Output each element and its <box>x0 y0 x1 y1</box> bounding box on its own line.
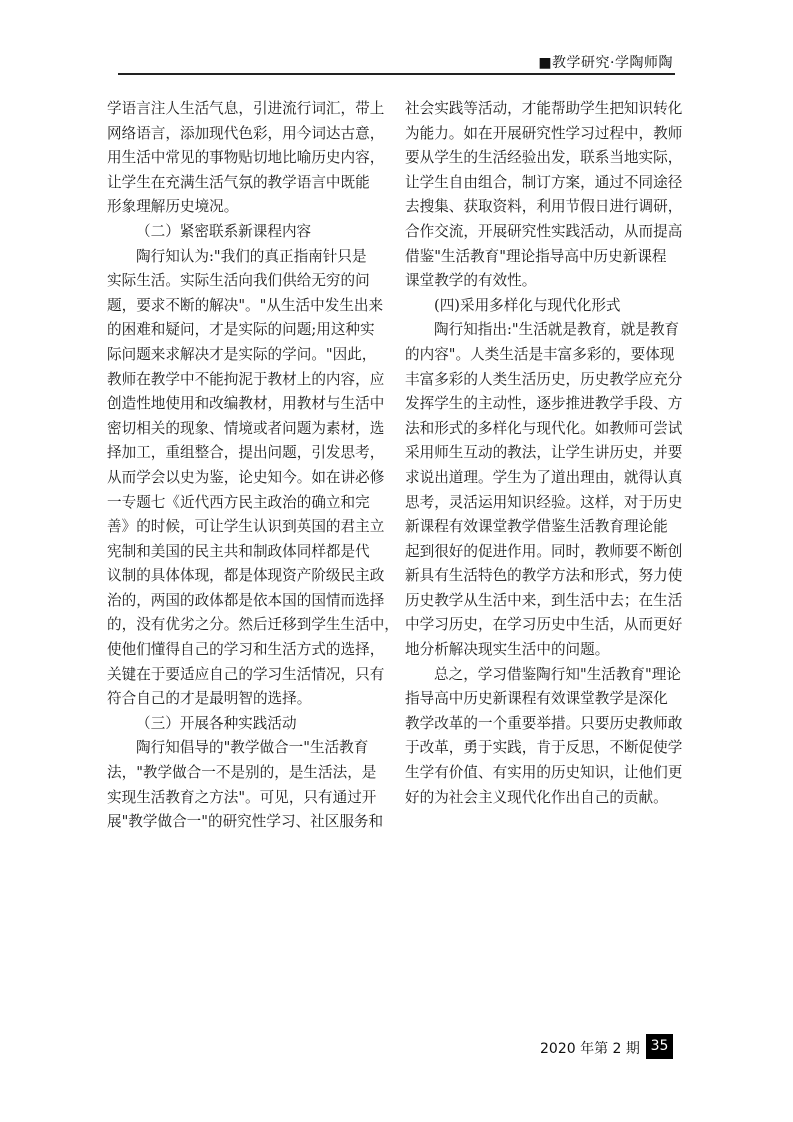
text-line: 总之，学习借鉴陶行知"生活教育"理论 <box>405 663 703 688</box>
text-line: 课堂教学的有效性。 <box>405 269 703 294</box>
text-line: 法，"教学做合一不是别的，是生活法，是 <box>107 761 405 786</box>
text-line: 中学习历史，在学习历史中生活，从而更好 <box>405 613 703 638</box>
text-line: 借鉴"生活教育"理论指导高中历史新课程 <box>405 245 703 270</box>
text-line: 网络语言，添加现代色彩，用今词达古意， <box>107 122 405 147</box>
text-line: 历史教学从生活中来，到生活中去；在生活 <box>405 589 703 614</box>
text-line: 求说出道理。学生为了道出理由，就得认真 <box>405 466 703 491</box>
text-line: 去搜集、获取资料，利用节假日进行调研， <box>405 195 703 220</box>
text-line: 题，要求不断的解决"。"从生活中发生出来 <box>107 294 405 319</box>
text-line: 要从学生的生活经验出发，联系当地实际， <box>405 146 703 171</box>
text-line: 生学有价值、有实用的历史知识，让他们更 <box>405 761 703 786</box>
section-heading: (四)采用多样化与现代化形式 <box>405 294 703 319</box>
right-column: 社会实践等活动，才能帮助学生把知识转化为能力。如在开展研究性学习过程中，教师要从… <box>405 97 703 810</box>
text-line: 陶行知倡导的"教学做合一"生活教育 <box>107 736 405 761</box>
text-line: 采用师生互动的教法，让学生讲历史，并要 <box>405 441 703 466</box>
text-line: 议制的具体体现，都是体现资产阶级民主政 <box>107 564 405 589</box>
text-line: 思考，灵活运用知识经验。这样，对于历史 <box>405 491 703 516</box>
text-line: 发挥学生的主动性，逐步推进教学手段、方 <box>405 392 703 417</box>
text-line: 符合自己的才是最明智的选择。 <box>107 687 405 712</box>
text-line: 为能力。如在开展研究性学习过程中，教师 <box>405 122 703 147</box>
text-line: 择加工，重组整合，提出问题，引发思考， <box>107 441 405 466</box>
text-line: 合作交流，开展研究性实践活动，从而提高 <box>405 220 703 245</box>
running-header: ■教学研究·学陶师陶 <box>538 52 673 72</box>
text-line: 宪制和美国的民主共和制政体同样都是代 <box>107 540 405 565</box>
text-line: 丰富多彩的人类生活历史，历史教学应充分 <box>405 368 703 393</box>
text-line: 地分析解决现实生活中的问题。 <box>405 638 703 663</box>
text-line: 的内容"。人类生活是丰富多彩的，要体现 <box>405 343 703 368</box>
text-line: 让学生自由组合，制订方案，通过不同途径 <box>405 171 703 196</box>
text-line: 于改革，勇于实践，肯于反思，不断促使学 <box>405 736 703 761</box>
text-line: 新课程有效课堂教学借鉴生活教育理论能 <box>405 515 703 540</box>
text-line: 善》的时候，可让学生认识到英国的君主立 <box>107 515 405 540</box>
page-number: 35 <box>646 1034 673 1059</box>
text-line: 从而学会以史为鉴，论史知今。如在讲必修 <box>107 466 405 491</box>
text-line: 创造性地使用和改编教材，用教材与生活中 <box>107 392 405 417</box>
text-line: 好的为社会主义现代化作出自己的贡献。 <box>405 786 703 811</box>
text-line: 关键在于要适应自己的学习生活情况，只有 <box>107 663 405 688</box>
text-line: 法和形式的多样化与现代化。如教师可尝试 <box>405 417 703 442</box>
text-line: 起到很好的促进作用。同时，教师要不断创 <box>405 540 703 565</box>
text-line: 教学改革的一个重要举措。只要历史教师敢 <box>405 712 703 737</box>
text-line: 用生活中常见的事物贴切地比喻历史内容， <box>107 146 405 171</box>
text-line: 指导高中历史新课程有效课堂教学是深化 <box>405 687 703 712</box>
text-line: 学语言注人生活气息，引进流行词汇，带上 <box>107 97 405 122</box>
text-line: 社会实践等活动，才能帮助学生把知识转化 <box>405 97 703 122</box>
text-line: 的困难和疑问，才是实际的问题;用这种实 <box>107 318 405 343</box>
text-line: 让学生在充满生活气氛的教学语言中既能 <box>107 171 405 196</box>
text-line: 密切相关的现象、情境或者问题为素材，选 <box>107 417 405 442</box>
text-line: 展"教学做合一"的研究性学习、社区服务和 <box>107 810 405 835</box>
text-line: 实现生活教育之方法"。可见，只有通过开 <box>107 786 405 811</box>
left-column: 学语言注人生活气息，引进流行词汇，带上网络语言，添加现代色彩，用今词达古意，用生… <box>107 97 405 835</box>
text-line: 的，没有优劣之分。然后迁移到学生生活中， <box>107 613 405 638</box>
text-line: 新具有生活特色的教学方法和形式，努力使 <box>405 564 703 589</box>
text-line: 实际生活。实际生活向我们供给无穷的问 <box>107 269 405 294</box>
header-divider <box>118 73 675 75</box>
text-line: 教师在教学中不能拘泥于教材上的内容，应 <box>107 368 405 393</box>
text-line: 使他们懂得自己的学习和生活方式的选择， <box>107 638 405 663</box>
text-line: 形象理解历史境况。 <box>107 195 405 220</box>
text-line: 治的，两国的政体都是依本国的国情而选择 <box>107 589 405 614</box>
section-heading: （三）开展各种实践活动 <box>107 712 405 737</box>
text-line: 际问题来求解决才是实际的学问。"因此， <box>107 343 405 368</box>
issue-label: 2020 年第 2 期 <box>540 1038 640 1058</box>
text-line: 陶行知指出:"生活就是教育，就是教育 <box>405 318 703 343</box>
section-heading: （二）紧密联系新课程内容 <box>107 220 405 245</box>
text-line: 一专题七《近代西方民主政治的确立和完 <box>107 491 405 516</box>
text-line: 陶行知认为:"我们的真正指南针只是 <box>107 245 405 270</box>
